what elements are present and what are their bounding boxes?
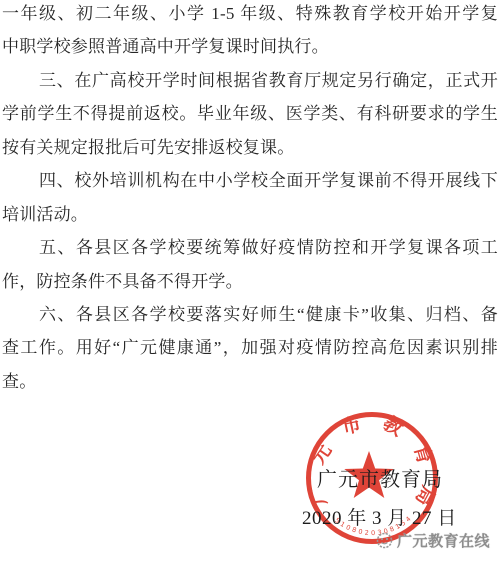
- text-line-5: 按有关规定报批后可先安排返校复课。: [2, 131, 498, 164]
- text-line-9: 作，防控条件不具备不得开学。: [2, 265, 498, 298]
- text-line-10: 六、各县区各学校要落实好师生“健康卡”收集、归档、备: [2, 298, 498, 331]
- text-line-2: 中职学校参照普通高中开学复课时间执行。: [2, 30, 498, 63]
- text-line-12: 查。: [2, 365, 498, 398]
- text-line-1: 一年级、初二年级、小学 1-5 年级、特殊教育学校开始开学复课。: [2, 0, 498, 30]
- text-line-6: 四、校外培训机构在中小学校全面开学复课前不得开展线下: [2, 164, 498, 197]
- signature-agency: 广元市教育局: [317, 463, 443, 492]
- body-text: 一年级、初二年级、小学 1-5 年级、特殊教育学校开始开学复课。 中职学校参照普…: [2, 0, 498, 398]
- watermark-logo-icon: [376, 532, 393, 549]
- signature-date: 2020 年 3 月 27 日: [302, 503, 457, 530]
- watermark: 广元教育在线: [376, 530, 490, 551]
- page: { "doc": { "text_color": "#262626", "lin…: [0, 0, 500, 562]
- text-line-3: 三、在广高校开学时间根据省教育厅规定另行确定，正式开: [2, 64, 498, 97]
- text-line-8: 五、各县区各学校要统筹做好疫情防控和开学复课各项工: [2, 231, 498, 264]
- document-page: 一年级、初二年级、小学 1-5 年级、特殊教育学校开始开学复课。 中职学校参照普…: [0, 0, 500, 562]
- text-line-4: 学前学生不得提前返校。毕业年级、医学类、有科研要求的学生: [2, 97, 498, 130]
- watermark-text: 广元教育在线: [397, 530, 490, 551]
- text-line-11: 查工作。用好“广元健康通”，加强对疫情防控高危因素识别排: [2, 331, 498, 364]
- text-line-7: 培训活动。: [2, 198, 498, 231]
